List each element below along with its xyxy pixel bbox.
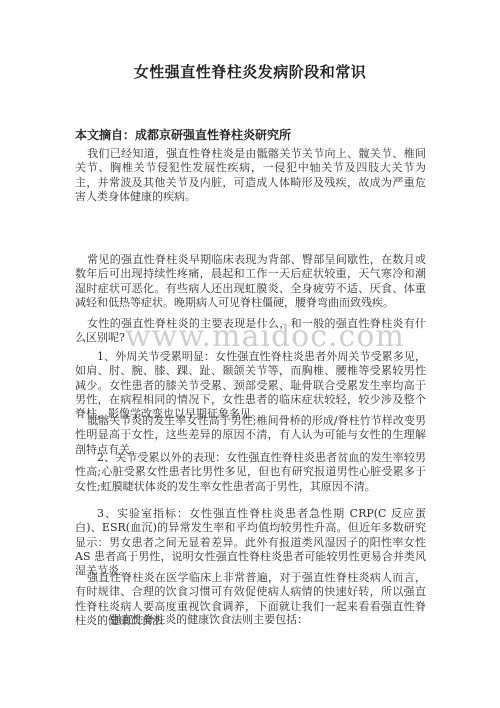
source-attribution: 本文摘自：成都京研强直性脊柱炎研究所 <box>75 126 426 143</box>
paragraph-point-2-extra-articular: 2、关节受累以外的表现：女性强直性脊柱炎患者贫血的发生率较男性高;心脏受累女性患… <box>75 451 426 494</box>
document-title: 女性强直性脊柱炎发病阶段和常识 <box>0 61 500 82</box>
paragraph-diet-rules-lead-in: 强直性脊柱炎的健康饮食法则主要包括： <box>75 613 426 627</box>
paragraph-point-1-peripheral-joints: 1、外周关节受累明显：女性强直性脊柱炎患者外周关节受累多见，如肩、肘、腕、膝、踝… <box>75 350 426 421</box>
paragraph-early-symptoms: 常见的强直性脊柱炎早期临床表现为背部、臀部呈间歇性，在数月或数年后可出现持续性疼… <box>75 253 426 310</box>
document-page: 女性强直性脊柱炎发病阶段和常识 本文摘自：成都京研强直性脊柱炎研究所 我们已经知… <box>0 0 500 708</box>
paragraph-question: 女性的强直性脊柱炎的主要表现是什么，和一般的强直性脊柱炎有什么区别呢? <box>75 317 426 346</box>
paragraph-intro: 我们已经知道，强直性脊柱炎是由骶髂关节关节向上、髋关节、椎间关节、胸椎关节侵犯性… <box>75 147 426 204</box>
paragraph-point-3-lab-indicators: 3、实验室指标：女性强直性脊柱炎患者急性期 CRP(C 反应蛋白)、ESR(血沉… <box>75 507 426 578</box>
